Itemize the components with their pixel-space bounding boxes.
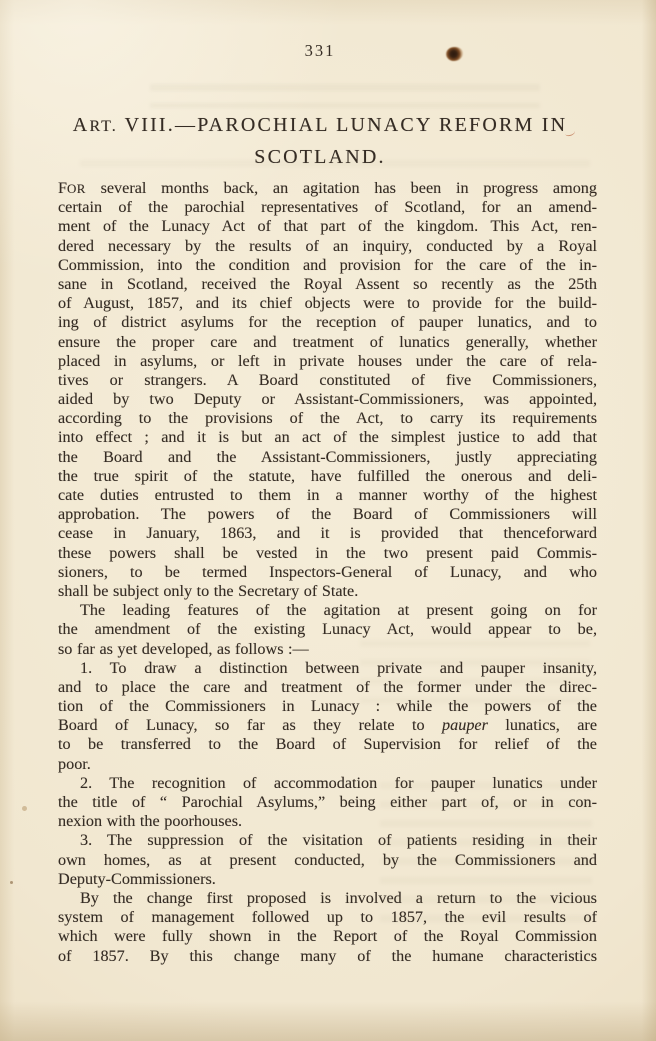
page-number: 331	[305, 41, 336, 60]
text-line: 1. To draw a distinction between private…	[58, 659, 597, 678]
text-line: dered necessary by the results of an inq…	[58, 237, 597, 256]
text-line: the amendment of the existing Lunacy Act…	[58, 620, 597, 639]
article-title: Art. VIII.—PAROCHIAL LUNACY REFORM IN SC…	[0, 110, 656, 173]
text-line: sioners, to be termed Inspectors-General…	[58, 563, 597, 582]
text-line: nexion with the poorhouses.	[58, 812, 597, 831]
text-line: tion of the Commissioners in Lunacy : wh…	[58, 697, 597, 716]
text-line: system of management followed up to 1857…	[58, 908, 597, 927]
text-line: the true spirit of the statute, have ful…	[58, 467, 597, 486]
text-line: 3. The suppression of the visitation of …	[58, 831, 597, 850]
paper-speck	[10, 881, 13, 884]
text-line: Board of Lunacy, so far as they relate t…	[58, 716, 597, 735]
text-line: of 1857. By this change many of the huma…	[58, 947, 597, 966]
text-line: of August, 1857, and its chief objects w…	[58, 294, 597, 313]
text-line: 2. The recognition of accommodation for …	[58, 774, 597, 793]
text-line: shall be subject only to the Secretary o…	[58, 582, 597, 601]
paragraph: The leading features of the agitation at…	[58, 601, 597, 659]
paper-speck	[22, 806, 27, 811]
text-line: ensure the proper care and treatment of …	[58, 333, 597, 352]
text-line: ment of the Lunacy Act of that part of t…	[58, 217, 597, 236]
text-line: into effect ; and it is but an act of th…	[58, 428, 597, 447]
text-line: placed in asylums, or left in private ho…	[58, 352, 597, 371]
text-line: certain of the parochial representatives…	[58, 198, 597, 217]
page-header: 331	[0, 0, 656, 61]
paragraph: 3. The suppression of the visitation of …	[58, 831, 597, 889]
text-line: sane in Scotland, received the Royal Ass…	[58, 275, 597, 294]
text-line: the Board and the Assistant-Commissioner…	[58, 448, 597, 467]
text-line: By the change first proposed is involved…	[58, 889, 597, 908]
text-line: cease in January, 1863, and it is provid…	[58, 524, 597, 543]
article-title-line1: Art. VIII.—PAROCHIAL LUNACY REFORM IN	[0, 110, 640, 142]
text-line: own homes, as at present conducted, by t…	[58, 851, 597, 870]
paragraph: For several months back, an agitation ha…	[58, 179, 597, 601]
text-line: cate duties entrusted to them in a manne…	[58, 486, 597, 505]
text-line: ing of district asylums for the receptio…	[58, 313, 597, 332]
paragraph: 2. The recognition of accommodation for …	[58, 774, 597, 832]
text-line: to be transferred to the Board of Superv…	[58, 735, 597, 754]
text-line: aided by two Deputy or Assistant-Commiss…	[58, 390, 597, 409]
text-line: according to the provisions of the Act, …	[58, 409, 597, 428]
book-page: 331 Art. VIII.—PAROCHIAL LUNACY REFORM I…	[0, 0, 656, 1041]
article-title-line2: SCOTLAND.	[0, 142, 640, 173]
text-line: the title of “ Parochial Asylums,” being…	[58, 793, 597, 812]
showthrough-smudge	[150, 84, 540, 108]
text-line: Commission, into the condition and provi…	[58, 256, 597, 275]
text-line: Deputy-Commissioners.	[58, 870, 597, 889]
text-line: For several months back, an agitation ha…	[58, 179, 597, 198]
paragraph: By the change first proposed is involved…	[58, 889, 597, 966]
text-line: and to place the care and treatment of t…	[58, 678, 597, 697]
text-line: so far as yet developed, as follows :—	[58, 640, 597, 659]
text-line: poor.	[58, 755, 597, 774]
text-line: which were fully shown in the Report of …	[58, 927, 597, 946]
text-line: The leading features of the agitation at…	[58, 601, 597, 620]
article-body: For several months back, an agitation ha…	[0, 179, 597, 966]
text-line: tives or strangers. A Board constituted …	[58, 371, 597, 390]
text-line: these powers shall be vested in the two …	[58, 544, 597, 563]
text-line: approbation. The powers of the Board of …	[58, 505, 597, 524]
paragraph: 1. To draw a distinction between private…	[58, 659, 597, 774]
